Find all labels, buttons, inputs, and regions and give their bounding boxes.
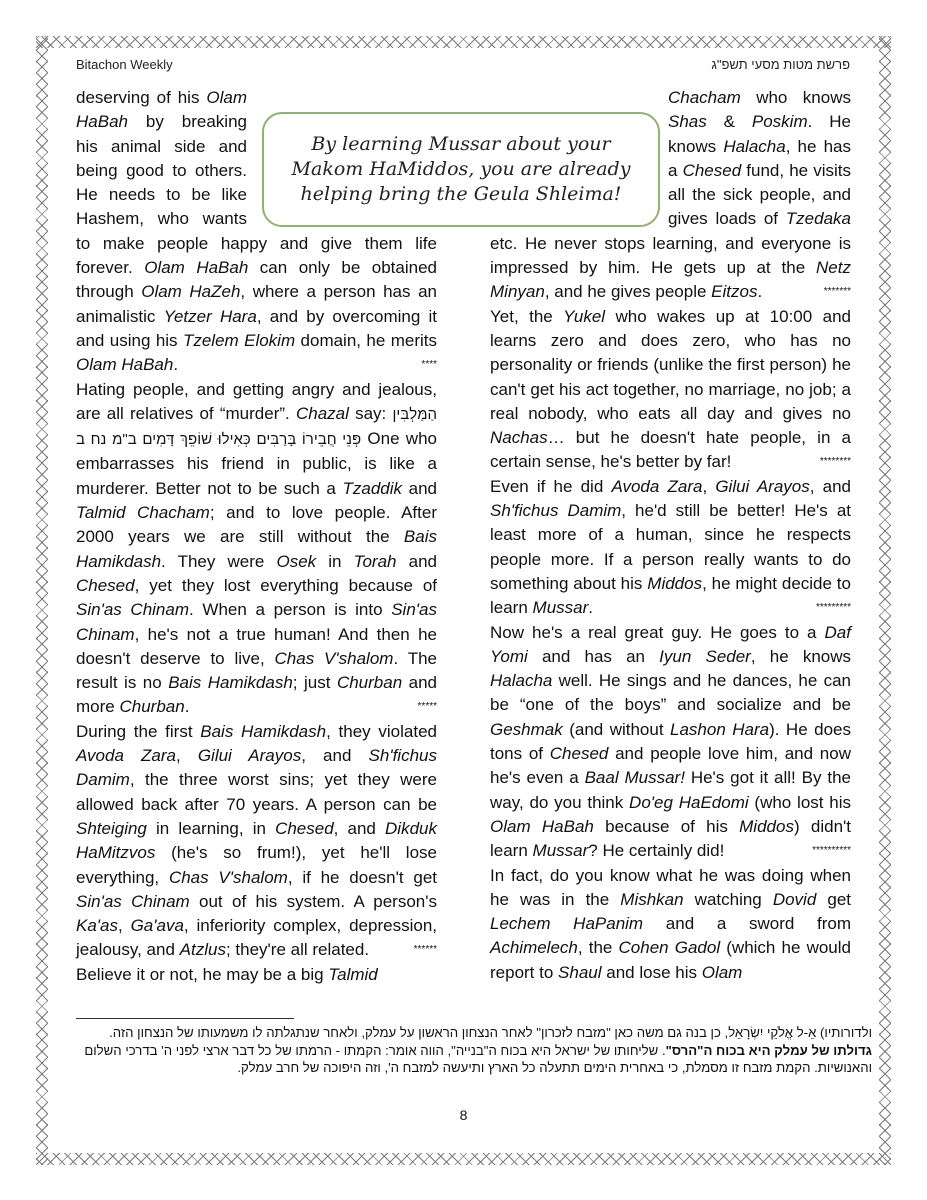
callout-line: By learning Mussar about your xyxy=(292,132,631,157)
callout-line: Makom HaMiddos, you are already xyxy=(292,157,631,182)
section-divider-stars: ******** xyxy=(820,450,851,474)
callout-line: helping bring the Geula Shleima! xyxy=(292,182,631,207)
section-divider-stars: ****** xyxy=(414,938,437,962)
paragraph: Yet, the Yukel who wakes up at 10:00 and… xyxy=(490,305,851,475)
header-publication-name: Bitachon Weekly xyxy=(76,57,173,72)
paragraph: Now he's a real great guy. He goes to a … xyxy=(490,621,851,864)
header-parsha-title: פרשת מטות מסעי תשפ"ג xyxy=(711,57,850,72)
border-left-pattern xyxy=(36,36,48,1165)
footnote-separator xyxy=(76,1018,294,1019)
pull-quote-callout: By learning Mussar about your Makom HaMi… xyxy=(262,112,660,227)
footnote-hebrew: ולדורותיו) אֵ-ל אֱלֹקֵי יִשְׂרָאֵל, כן ב… xyxy=(76,1024,872,1077)
section-divider-stars: ***** xyxy=(418,695,437,719)
paragraph: In fact, do you know what he was doing w… xyxy=(490,864,851,985)
page-number: 8 xyxy=(0,1107,927,1123)
border-bottom-pattern xyxy=(36,1153,891,1165)
section-divider-stars: **** xyxy=(421,353,437,377)
section-divider-stars: ********** xyxy=(812,839,851,863)
section-divider-stars: ********* xyxy=(816,596,851,620)
paragraph: Even if he did Avoda Zara, Gilui Arayos,… xyxy=(490,475,851,621)
paragraph: During the first Bais Hamikdash, they vi… xyxy=(76,720,437,963)
paragraph: Hating people, and getting angry and jea… xyxy=(76,378,437,720)
section-divider-stars: ******* xyxy=(824,280,851,304)
paragraph: Believe it or not, he may be a big Talmi… xyxy=(76,963,437,987)
border-top-pattern xyxy=(36,36,891,48)
border-right-pattern xyxy=(879,36,891,1165)
